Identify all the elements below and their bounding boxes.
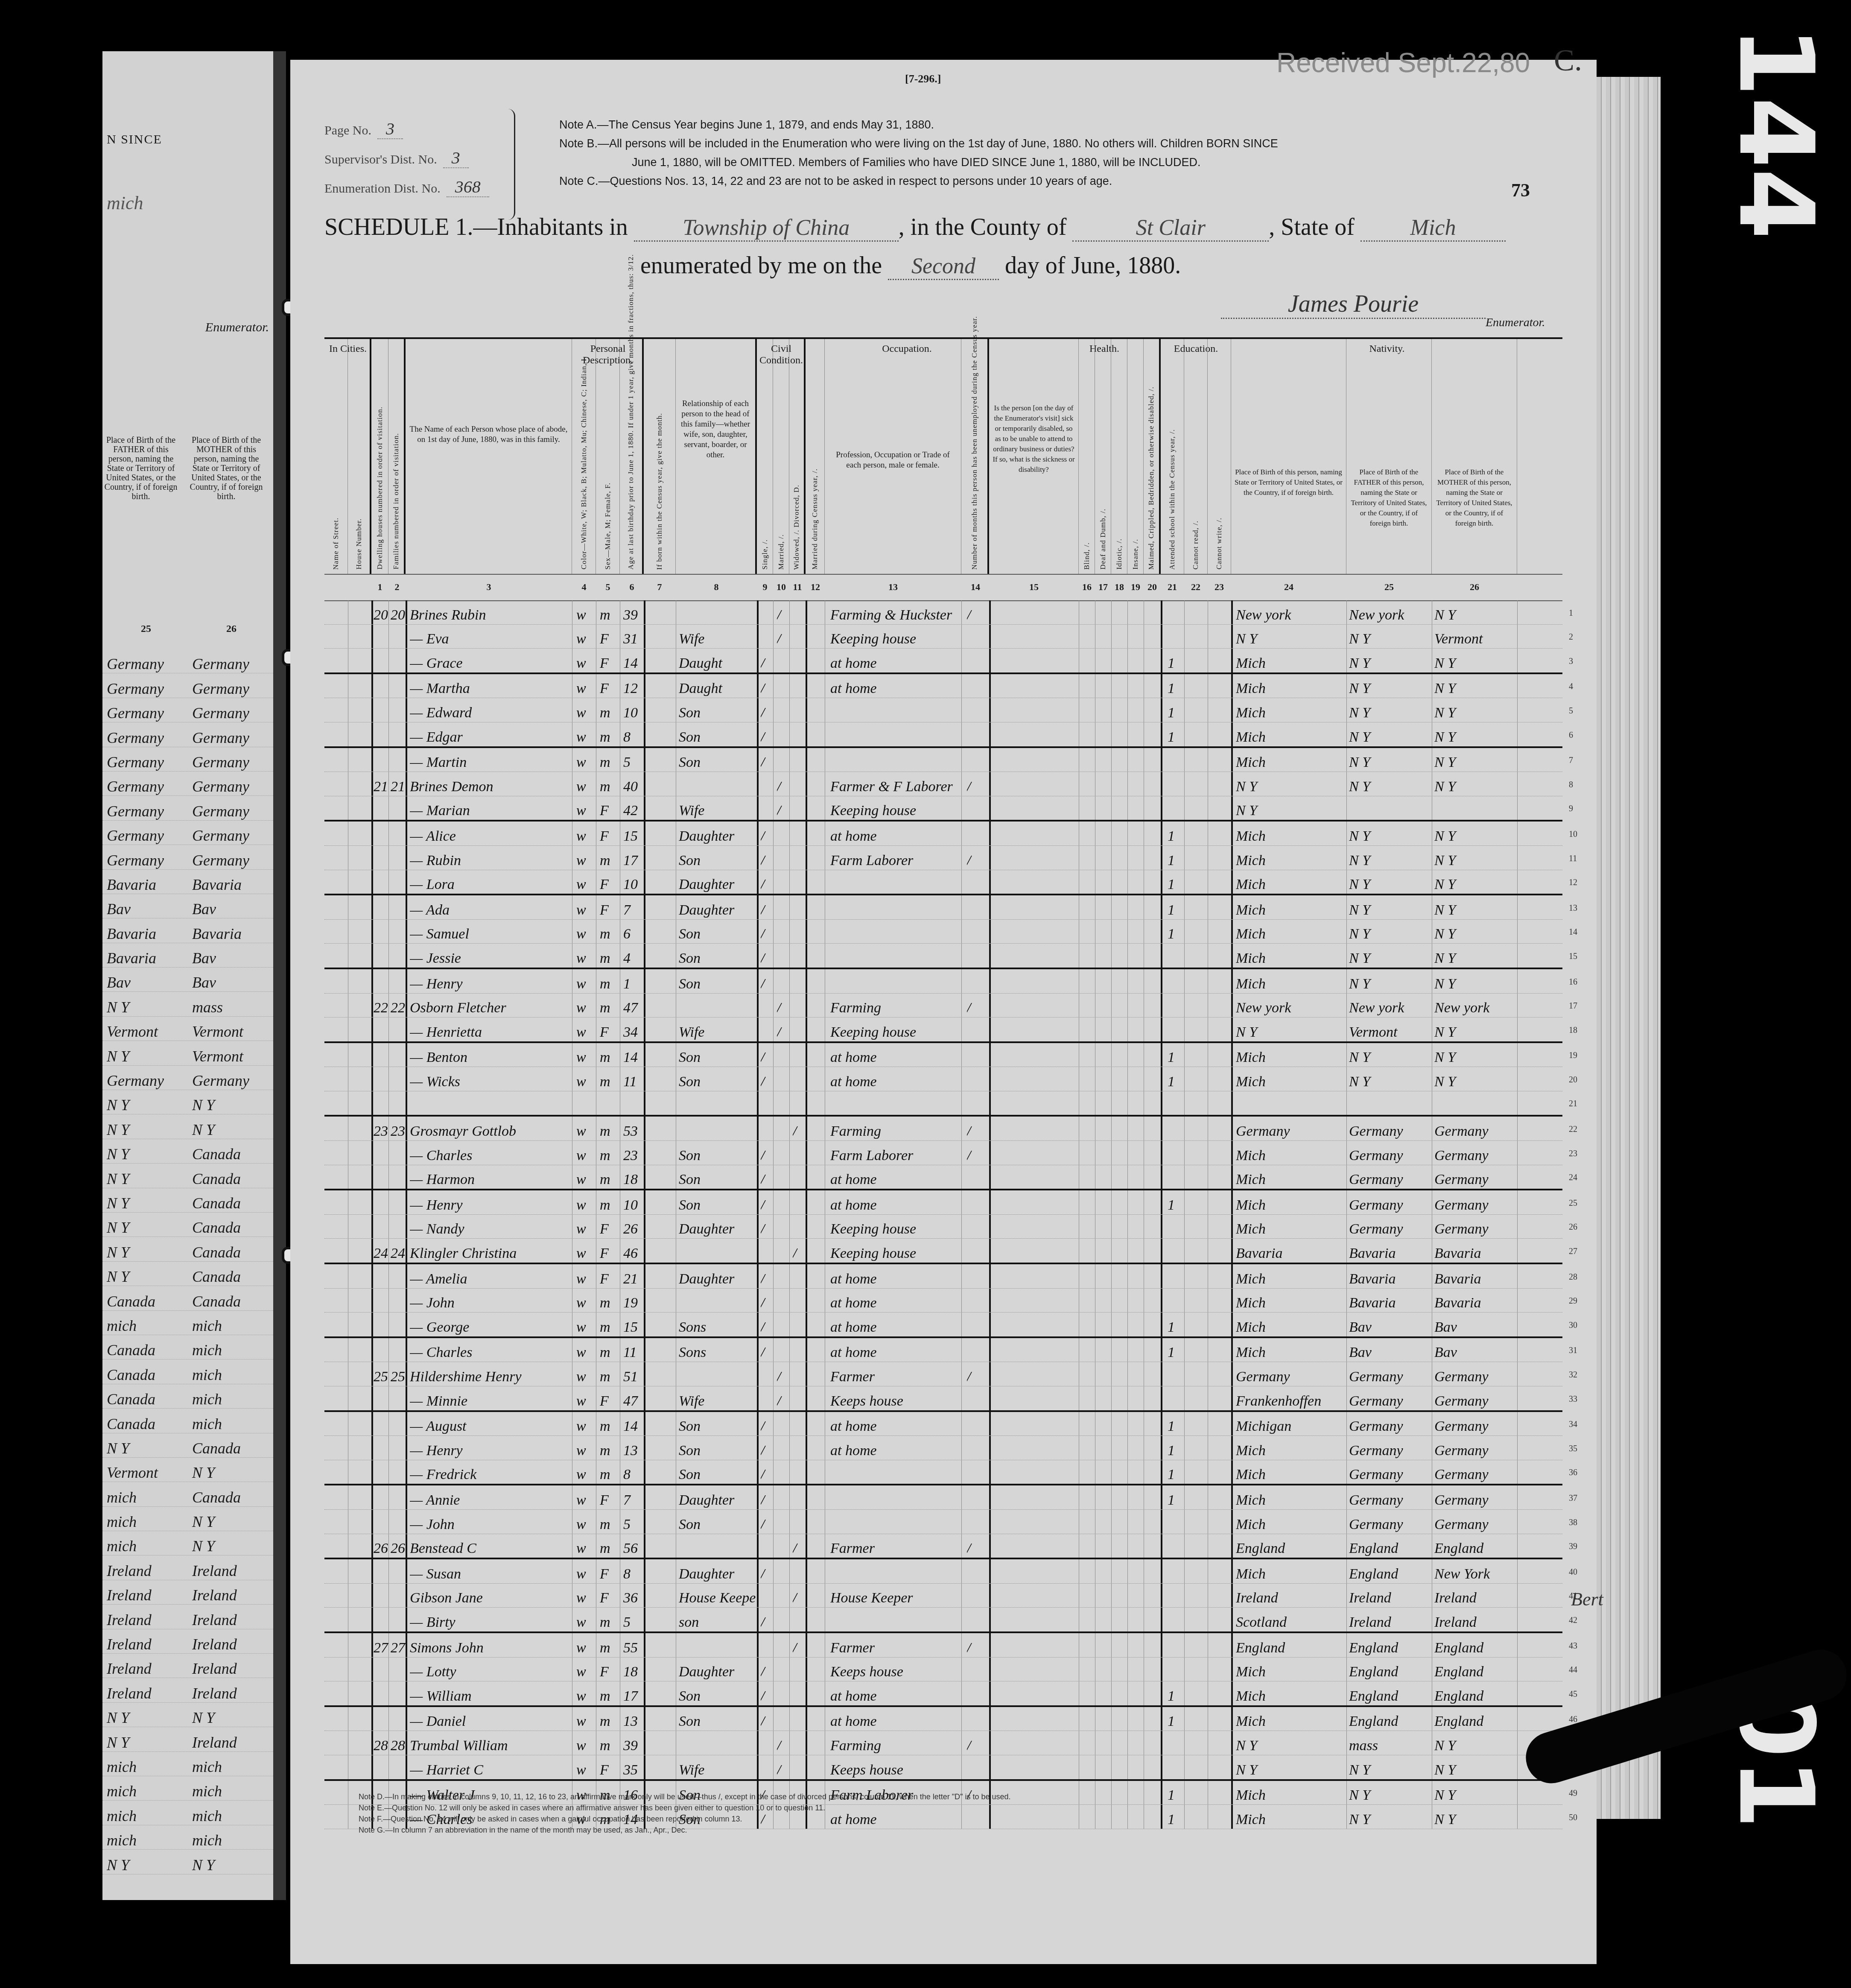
- column-divider: [1079, 846, 1079, 870]
- column-divider: [1184, 1460, 1185, 1484]
- father-birthplace: Bavaria: [1349, 1245, 1430, 1262]
- column-divider: [676, 748, 676, 772]
- column-divider: [348, 1043, 348, 1067]
- mother-birthplace: N Y: [1434, 926, 1515, 942]
- mother-birthplace: N Y: [1434, 877, 1515, 893]
- column-divider: [596, 1362, 596, 1386]
- mother-birthplace: Bav: [188, 974, 273, 991]
- person-name: — John: [410, 1517, 572, 1533]
- column-divider: [1432, 1215, 1432, 1239]
- column-divider: [1079, 1633, 1079, 1657]
- column-divider: [620, 1043, 620, 1067]
- age: 14: [623, 655, 644, 672]
- sex: m: [600, 1640, 619, 1656]
- column-divider: [348, 1681, 348, 1705]
- column-divider: [1144, 796, 1144, 820]
- single-mark: /: [761, 828, 774, 845]
- color: w: [576, 655, 596, 672]
- column-divider: [644, 1608, 645, 1631]
- column-divider: [620, 1165, 620, 1189]
- binder-spine: [273, 51, 286, 1900]
- column-divider: [1208, 1412, 1208, 1436]
- birthplace: Mich: [1236, 828, 1345, 845]
- column-divider: [1208, 920, 1208, 944]
- column-divider: [757, 1584, 759, 1608]
- column-divider: [773, 1017, 774, 1041]
- column-divider: [989, 1658, 991, 1681]
- column-divider: [1346, 870, 1347, 894]
- column-divider: [1111, 1436, 1112, 1460]
- column-divider: [1432, 1239, 1432, 1263]
- left-page-row: michCanada: [102, 1482, 273, 1506]
- column-divider: [773, 1534, 774, 1558]
- single-mark: /: [761, 1614, 774, 1631]
- mother-birthplace: Ireland: [1434, 1590, 1515, 1606]
- column-divider: [1432, 1534, 1432, 1558]
- column-divider: [1517, 1412, 1518, 1436]
- column-divider: [1144, 1658, 1144, 1681]
- supervisor-dist-value: 3: [443, 148, 469, 168]
- column-divider: [644, 1043, 645, 1067]
- left-page-row: N YN Y: [102, 1090, 273, 1114]
- census-row: — MarianwF42Wife/Keeping houseN Y9: [324, 796, 1562, 822]
- relationship: Daughter: [679, 1664, 756, 1680]
- column-number: 26: [1466, 582, 1483, 593]
- column-divider: [620, 1091, 620, 1115]
- column-divider: [757, 1190, 759, 1214]
- column-divider: [1517, 1460, 1518, 1484]
- column-divider: [596, 1608, 596, 1631]
- column-divider: [961, 1362, 962, 1386]
- column-divider: [789, 674, 790, 698]
- census-row: 2222Osborn Fletcherwm47/Farming/New york…: [324, 994, 1562, 1018]
- left-page-row: GermanyGermany: [102, 673, 273, 698]
- column-number: 15: [1025, 582, 1042, 593]
- column-divider: [644, 649, 645, 672]
- column-divider: [348, 1559, 348, 1583]
- column-divider: [1095, 1436, 1095, 1460]
- column-divider: [1517, 994, 1518, 1017]
- enumeration-dist-value: 368: [447, 177, 489, 197]
- column-divider: [1231, 1165, 1233, 1189]
- column-divider: [596, 994, 596, 1017]
- column-divider: [596, 1289, 596, 1313]
- column-divider: [961, 846, 962, 870]
- column-divider: [961, 1215, 962, 1239]
- sex: m: [600, 1688, 619, 1704]
- sex: m: [600, 1517, 619, 1533]
- father-birthplace: N Y: [1349, 729, 1430, 745]
- birthplace: N Y: [1236, 1738, 1345, 1754]
- column-divider: [1095, 969, 1095, 993]
- column-divider: [1161, 1485, 1162, 1509]
- sex: m: [600, 1467, 619, 1483]
- column-divider: [1127, 1362, 1128, 1386]
- column-divider: [1111, 1781, 1112, 1805]
- column-divider: [388, 772, 389, 796]
- column-divider: [1111, 1091, 1112, 1115]
- column-divider: [825, 625, 825, 649]
- column-divider: [789, 920, 790, 944]
- dwelling-number: 26: [374, 1541, 388, 1557]
- column-divider: [1079, 944, 1079, 968]
- column-divider: [1161, 1559, 1162, 1583]
- occupation: at home: [830, 1271, 958, 1287]
- column-divider: [388, 1091, 389, 1115]
- column-divider: [989, 698, 991, 722]
- line-number: 29: [1569, 1296, 1577, 1306]
- column-divider: [825, 1289, 825, 1313]
- column-divider: [825, 1681, 825, 1705]
- person-name: — John: [410, 1295, 572, 1311]
- column-divider: [1346, 600, 1347, 624]
- column-divider: [596, 1681, 596, 1705]
- occupation: Farm Laborer: [830, 1148, 958, 1164]
- mother-birthplace: Canada: [188, 1439, 273, 1457]
- column-divider: [989, 649, 991, 672]
- mother-birthplace: Bavaria: [188, 876, 273, 894]
- mother-birthplace: Germany: [1434, 1172, 1515, 1188]
- occupation: at home: [830, 1713, 958, 1730]
- column-divider: [644, 1289, 645, 1313]
- line-number: 16: [1569, 977, 1577, 987]
- column-divider: [1127, 895, 1128, 919]
- column-divider: [1231, 1017, 1233, 1041]
- occupation: Farmer: [830, 1369, 958, 1385]
- person-name: — William: [410, 1688, 572, 1704]
- column-divider: [1346, 1485, 1347, 1509]
- person-name: Trumbal William: [410, 1738, 572, 1754]
- column-divider: [1184, 1681, 1185, 1705]
- column-divider: [572, 846, 572, 870]
- column-divider: [572, 1559, 572, 1583]
- father-birthplace: mich: [102, 1831, 188, 1849]
- column-divider: [989, 1584, 991, 1608]
- column-divider: [789, 748, 790, 772]
- column-divider: [825, 1338, 825, 1362]
- column-divider: [1231, 1215, 1233, 1239]
- column-divider: [1231, 870, 1233, 894]
- age: 34: [623, 1024, 644, 1041]
- column-divider: [1161, 722, 1162, 746]
- relationship: Daughter: [679, 877, 756, 893]
- column-divider: [961, 1510, 962, 1534]
- column-divider: [388, 796, 389, 820]
- column-divider: [1111, 1658, 1112, 1681]
- birthplace: Mich: [1236, 1172, 1345, 1188]
- column-divider: [1127, 1165, 1128, 1189]
- mother-birthplace: England: [1434, 1640, 1515, 1656]
- column-divider: [1079, 1067, 1079, 1091]
- sex: F: [600, 1492, 619, 1509]
- column-divider: [406, 895, 407, 919]
- column-divider: [773, 1239, 774, 1263]
- column-divider: [961, 870, 962, 894]
- column-divider: [1231, 1412, 1233, 1436]
- column-divider: [388, 1584, 389, 1608]
- column-divider: [1161, 1633, 1162, 1657]
- column-divider: [1144, 1460, 1144, 1484]
- column-divider: [1095, 1633, 1095, 1657]
- color: w: [576, 1640, 596, 1656]
- column-divider: [757, 1559, 759, 1583]
- column-divider: [773, 1584, 774, 1608]
- column-divider: [1432, 1043, 1432, 1067]
- column-divider: [1231, 1141, 1233, 1165]
- column-divider: [676, 1141, 676, 1165]
- mother-birthplace: Ireland: [188, 1562, 273, 1580]
- sex: F: [600, 1245, 619, 1262]
- census-row: — LottywF18Daughter/Keeps houseMichEngla…: [324, 1658, 1562, 1682]
- left-page-row: N YCanada: [102, 1213, 273, 1237]
- col-17: Deaf and Dumb, /.: [1095, 339, 1111, 574]
- father-birthplace: N Y: [102, 1243, 188, 1261]
- column-divider: [1095, 920, 1095, 944]
- occupation: Farmer: [830, 1541, 958, 1557]
- column-divider: [1144, 722, 1144, 746]
- column-divider: [961, 1338, 962, 1362]
- column-divider: [1346, 1386, 1347, 1410]
- column-divider: [1231, 1633, 1233, 1657]
- relationship: Son: [679, 1148, 756, 1164]
- column-divider: [644, 1731, 645, 1755]
- column-divider: [1208, 1338, 1208, 1362]
- sex: m: [600, 1050, 619, 1066]
- father-birthplace: N Y: [1349, 705, 1430, 721]
- column-divider: [806, 1436, 807, 1460]
- person-name: — Henry: [410, 976, 572, 992]
- line-number: 44: [1569, 1665, 1577, 1675]
- col-3: The Name of each Person whose place of a…: [406, 339, 572, 574]
- column-divider: [989, 944, 991, 968]
- age: 10: [623, 1197, 644, 1213]
- column-divider: [1346, 846, 1347, 870]
- column-divider: [1184, 1608, 1185, 1631]
- column-divider: [1111, 772, 1112, 796]
- age: 51: [623, 1369, 644, 1385]
- color: w: [576, 1074, 596, 1090]
- column-divider: [620, 1485, 620, 1509]
- column-divider: [806, 1239, 807, 1263]
- col-17-label: Deaf and Dumb, /.: [1099, 509, 1107, 570]
- column-divider: [825, 1264, 825, 1288]
- column-divider: [406, 1633, 407, 1657]
- column-divider: [1184, 994, 1185, 1017]
- column-divider: [371, 1412, 373, 1436]
- column-divider: [1517, 600, 1518, 624]
- sex: m: [600, 779, 619, 795]
- column-divider: [596, 1190, 596, 1214]
- column-divider: [1184, 1067, 1185, 1091]
- column-divider: [406, 1289, 407, 1313]
- father-birthplace: N Y: [1349, 655, 1430, 672]
- column-divider: [644, 1313, 645, 1336]
- column-divider: [806, 625, 807, 649]
- line-number: 49: [1569, 1789, 1577, 1798]
- column-divider: [1095, 772, 1095, 796]
- column-divider: [789, 1067, 790, 1091]
- column-divider: [1208, 846, 1208, 870]
- column-divider: [1111, 1460, 1112, 1484]
- column-divider: [1161, 895, 1162, 919]
- column-divider: [406, 1141, 407, 1165]
- column-divider: [620, 870, 620, 894]
- father-birthplace: N Y: [1349, 754, 1430, 771]
- column-divider: [1432, 994, 1432, 1017]
- column-divider: [1111, 1289, 1112, 1313]
- father-birthplace: N Y: [102, 1170, 188, 1188]
- column-divider: [1184, 1436, 1185, 1460]
- column-divider: [406, 1117, 407, 1140]
- column-divider: [572, 1362, 572, 1386]
- left-page-row: N YCanada: [102, 1164, 273, 1188]
- column-divider: [989, 1264, 991, 1288]
- column-divider: [406, 1412, 407, 1436]
- column-divider: [572, 1165, 572, 1189]
- dwelling-number: 28: [374, 1738, 388, 1754]
- person-name: — Henrietta: [410, 1024, 572, 1041]
- column-divider: [989, 1731, 991, 1755]
- sex: m: [600, 607, 619, 623]
- relationship: Wife: [679, 1762, 756, 1778]
- column-number: 2: [388, 582, 406, 593]
- sex: m: [600, 1074, 619, 1090]
- column-divider: [1184, 895, 1185, 919]
- column-divider: [596, 796, 596, 820]
- census-row: — Georgewm15Sons/at home1MichBavBav30: [324, 1313, 1562, 1338]
- column-divider: [757, 1436, 759, 1460]
- column-divider: [1517, 1017, 1518, 1041]
- column-divider: [961, 969, 962, 993]
- column-divider: [1161, 1584, 1162, 1608]
- left-page-row: IrelandIreland: [102, 1555, 273, 1580]
- column-divider: [676, 1510, 676, 1534]
- column-divider: [989, 1338, 991, 1362]
- column-divider: [825, 846, 825, 870]
- column-divider: [572, 722, 572, 746]
- person-name: — Nandy: [410, 1221, 572, 1237]
- census-row: Gibson JanewF36House Keeper/House Keeper…: [324, 1584, 1562, 1608]
- mother-birthplace: N Y: [1434, 1787, 1515, 1804]
- column-divider: [773, 1386, 774, 1410]
- column-divider: [989, 625, 991, 649]
- column-divider: [348, 600, 348, 624]
- column-divider: [1432, 772, 1432, 796]
- column-divider: [1184, 1239, 1185, 1263]
- mother-birthplace: Bav: [188, 900, 273, 918]
- column-divider: [348, 1190, 348, 1214]
- line-number: 7: [1569, 756, 1573, 766]
- father-birthplace: mich: [102, 1513, 188, 1531]
- column-divider: [1517, 895, 1518, 919]
- column-divider: [1184, 649, 1185, 672]
- birthplace: Mich: [1236, 1221, 1345, 1237]
- column-divider: [1079, 796, 1079, 820]
- column-divider: [1079, 1534, 1079, 1558]
- birthplace: Mich: [1236, 705, 1345, 721]
- column-divider: [1231, 1510, 1233, 1534]
- mother-birthplace: Canada: [188, 1292, 273, 1310]
- column-divider: [825, 1239, 825, 1263]
- column-divider: [789, 1460, 790, 1484]
- birthplace: N Y: [1236, 1762, 1345, 1778]
- column-divider: [1208, 822, 1208, 845]
- occupation: Farming: [830, 1738, 958, 1754]
- occupation-check: /: [967, 779, 984, 795]
- line-number: 1: [1569, 608, 1573, 618]
- column-divider: [1346, 920, 1347, 944]
- color: w: [576, 1369, 596, 1385]
- person-name: — Birty: [410, 1614, 572, 1631]
- column-divider: [789, 1190, 790, 1214]
- father-birthplace: Germany: [102, 729, 188, 747]
- column-divider: [1346, 748, 1347, 772]
- column-divider: [757, 748, 759, 772]
- occupation: at home: [830, 1050, 958, 1066]
- dwelling-number: 22: [374, 1000, 388, 1016]
- column-divider: [1079, 1215, 1079, 1239]
- column-divider: [406, 1731, 407, 1755]
- column-divider: [1432, 822, 1432, 845]
- column-divider: [1127, 1043, 1128, 1067]
- birthplace: N Y: [1236, 631, 1345, 647]
- col-4: Personal Description.Color—White, W; Bla…: [572, 339, 596, 574]
- column-divider: [825, 1412, 825, 1436]
- father-birthplace: Canada: [102, 1341, 188, 1359]
- column-divider: [1127, 1436, 1128, 1460]
- column-divider: [773, 994, 774, 1017]
- person-name: — August: [410, 1418, 572, 1435]
- age: 23: [623, 1148, 644, 1164]
- mother-birthplace: Germany: [188, 655, 273, 673]
- column-divider: [789, 1141, 790, 1165]
- column-divider: [1127, 1239, 1128, 1263]
- column-divider: [644, 846, 645, 870]
- left-page-row: Canadamich: [102, 1384, 273, 1409]
- column-divider: [1208, 1239, 1208, 1263]
- mother-birthplace: mich: [188, 1366, 273, 1384]
- occupation: Keeps house: [830, 1393, 958, 1409]
- column-divider: [572, 1386, 572, 1410]
- column-divider: [1144, 822, 1144, 845]
- column-divider: [644, 994, 645, 1017]
- column-divider: [1432, 895, 1432, 919]
- column-number: 24: [1280, 582, 1297, 593]
- column-divider: [1231, 1313, 1233, 1336]
- column-divider: [596, 895, 596, 919]
- column-divider: [596, 1559, 596, 1583]
- column-divider: [1346, 1338, 1347, 1362]
- col-23-label: Cannot write, /.: [1215, 517, 1223, 570]
- column-divider: [348, 1658, 348, 1681]
- column-divider: [371, 1707, 373, 1731]
- column-divider: [757, 1165, 759, 1189]
- column-divider: [806, 1707, 807, 1731]
- column-divider: [773, 1362, 774, 1386]
- father-birthplace: Bavaria: [102, 949, 188, 967]
- father-birthplace: N Y: [102, 998, 188, 1016]
- age: 35: [623, 1762, 644, 1778]
- column-divider: [676, 1658, 676, 1681]
- color: w: [576, 1664, 596, 1680]
- line-number: 24: [1569, 1173, 1577, 1183]
- column-divider: [989, 1485, 991, 1509]
- school-mark: 1: [1168, 705, 1180, 721]
- father-birthplace: N Y: [1349, 1762, 1430, 1778]
- column-divider: [773, 1633, 774, 1657]
- column-divider: [1095, 1681, 1095, 1705]
- mother-birthplace: Ireland: [188, 1611, 273, 1629]
